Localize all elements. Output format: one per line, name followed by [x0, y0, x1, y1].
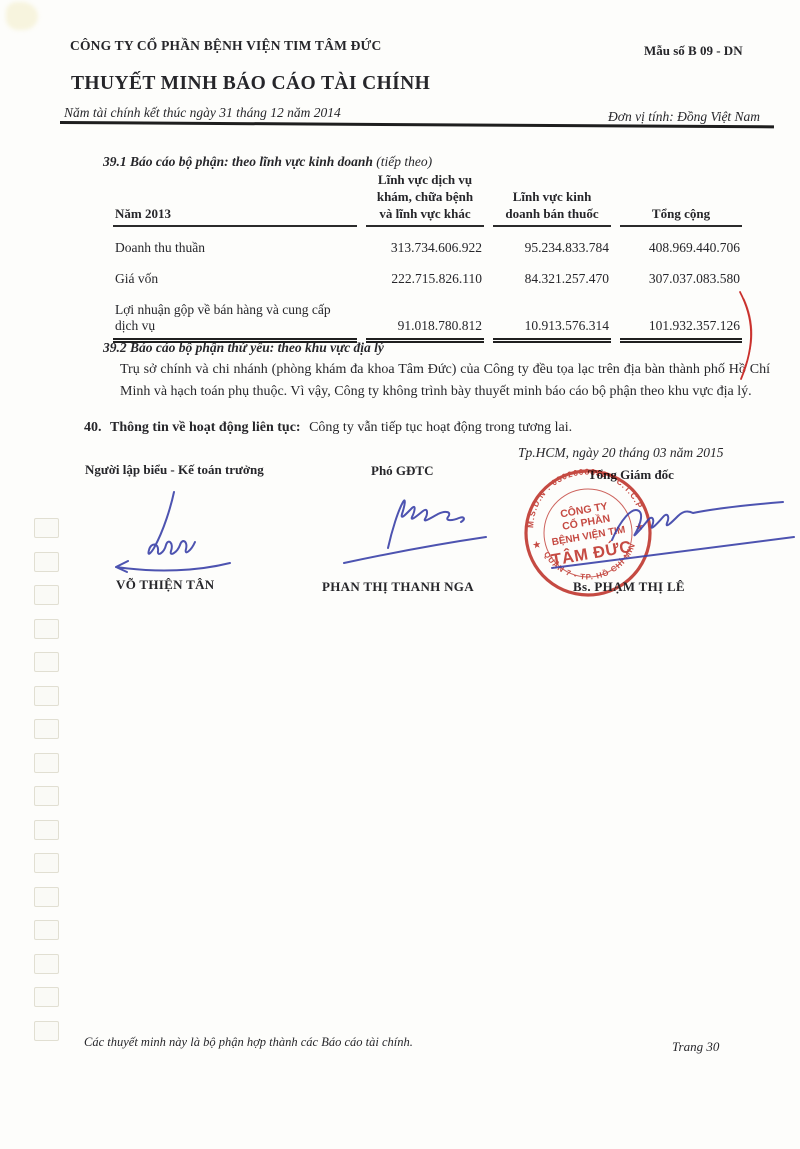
- column-header-pharmacy-segment: Lĩnh vực kinh doanh bán thuốc: [493, 171, 611, 227]
- section-39-2-body: Trụ sở chính và chi nhánh (phòng khám đa…: [120, 359, 770, 402]
- binding-mark: [34, 652, 59, 672]
- cell-value: 95.234.833.784: [493, 227, 611, 258]
- binding-mark: [34, 552, 59, 572]
- column-header-total: Tổng cộng: [620, 171, 742, 227]
- row-label: Doanh thu thuần: [113, 227, 357, 258]
- binding-mark: [34, 786, 59, 806]
- signature-deputy-finance-director: [388, 500, 464, 548]
- binding-mark: [34, 820, 59, 840]
- row-label: Lợi nhuận gộp về bán hàng và cung cấp dị…: [113, 289, 357, 343]
- binding-mark: [34, 987, 59, 1007]
- signer-name-2: PHAN THỊ THANH NGA: [322, 579, 474, 595]
- binding-mark: [34, 1021, 59, 1041]
- binding-mark: [34, 619, 59, 639]
- cell-value: 408.969.440.706: [620, 227, 742, 258]
- section-40-body: Công ty vẫn tiếp tục hoạt động trong tươ…: [309, 420, 572, 435]
- footer-note: Các thuyết minh này là bộ phận hợp thành…: [84, 1035, 413, 1050]
- signer-name-3: Bs. PHẠM THỊ LÊ: [573, 579, 685, 595]
- column-header-medical-segment: Lĩnh vực dịch vụ khám, chữa bệnh và lĩnh…: [366, 171, 484, 227]
- section-40-heading: Thông tin về hoạt động liên tục:: [110, 420, 301, 435]
- star-icon: ★: [634, 521, 645, 533]
- signature-deputy-finance-director-underline: [344, 537, 486, 563]
- binding-mark: [34, 853, 59, 873]
- binding-mark: [34, 954, 59, 974]
- page-title: THUYẾT MINH BÁO CÁO TÀI CHÍNH: [71, 73, 430, 95]
- table-row: Giá vốn 222.715.826.110 84.321.257.470 3…: [113, 258, 742, 289]
- star-icon: ★: [532, 539, 543, 551]
- scan-smudge: [6, 2, 38, 30]
- cell-value: 313.734.606.922: [366, 227, 484, 258]
- page-number: Trang 30: [672, 1039, 719, 1055]
- scanned-financial-statement-page: CÔNG TY CỔ PHẦN BỆNH VIỆN TIM TÂM ĐỨC Mẫ…: [0, 0, 800, 1149]
- binding-mark: [34, 719, 59, 739]
- section-39-1-suffix: (tiếp theo): [376, 154, 432, 169]
- role-deputy-finance-director: Phó GĐTC: [371, 463, 433, 479]
- cell-value: 101.932.357.126: [620, 289, 742, 343]
- cell-value: 307.037.083.580: [620, 258, 742, 289]
- binding-mark: [34, 920, 59, 940]
- row-label: Giá vốn: [113, 258, 357, 289]
- signature-chief-accountant-underline: [116, 561, 230, 572]
- company-name: CÔNG TY CỔ PHẦN BỆNH VIỆN TIM TÂM ĐỨC: [70, 38, 381, 54]
- segment-report-table: Năm 2013 Lĩnh vực dịch vụ khám, chữa bện…: [104, 171, 751, 343]
- section-40: 40. Thông tin về hoạt động liên tục: Côn…: [84, 420, 724, 436]
- currency-unit-note: Đơn vị tính: Đồng Việt Nam: [608, 109, 760, 125]
- binding-mark: [34, 753, 59, 773]
- binding-mark: [34, 518, 59, 538]
- section-40-number: 40.: [84, 420, 102, 435]
- section-39-1-heading: 39.1 Báo cáo bộ phận: theo lĩnh vực kinh…: [103, 154, 432, 170]
- fiscal-period: Năm tài chính kết thúc ngày 31 tháng 12 …: [64, 105, 341, 121]
- table-row: Doanh thu thuần 313.734.606.922 95.234.8…: [113, 227, 742, 258]
- section-39-2-heading: 39.2 Báo cáo bộ phận thứ yếu: theo khu v…: [103, 340, 384, 356]
- cell-value: 91.018.780.812: [366, 289, 484, 343]
- section-39-1-title: 39.1 Báo cáo bộ phận: theo lĩnh vực kinh…: [103, 154, 373, 169]
- form-number: Mẫu số B 09 - DN: [644, 43, 743, 59]
- signing-date: Tp.HCM, ngày 20 tháng 03 năm 2015: [518, 445, 724, 461]
- signer-name-1: VÕ THIỆN TÂN: [116, 577, 214, 593]
- cell-value: 222.715.826.110: [366, 258, 484, 289]
- signature-chief-accountant: [148, 492, 195, 554]
- table-header-row: Năm 2013 Lĩnh vực dịch vụ khám, chữa bện…: [113, 171, 742, 227]
- cell-value: 10.913.576.314: [493, 289, 611, 343]
- binding-mark: [34, 686, 59, 706]
- role-chief-accountant: Người lập biểu - Kế toán trưởng: [85, 462, 264, 478]
- binding-mark: [34, 585, 59, 605]
- cell-value: 84.321.257.470: [493, 258, 611, 289]
- table-row-gross-profit: Lợi nhuận gộp về bán hàng và cung cấp dị…: [113, 289, 742, 343]
- column-header-year: Năm 2013: [113, 171, 357, 227]
- binding-marks: [34, 518, 64, 1078]
- binding-mark: [34, 887, 59, 907]
